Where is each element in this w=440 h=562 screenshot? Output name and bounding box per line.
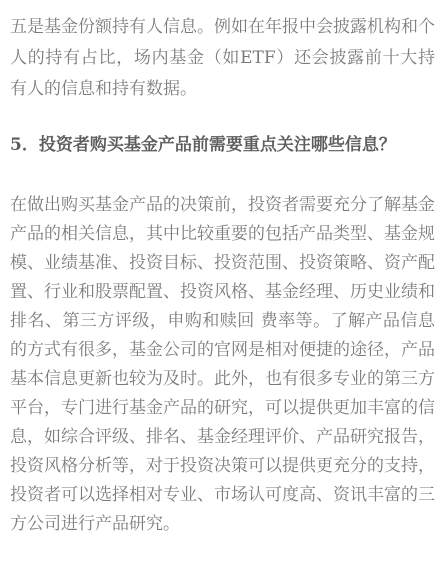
article-page: 五是基金份额持有人信息。例如在年报中会披露机构和个人的持有占比，场内基金（如ET…: [0, 0, 440, 562]
paragraph-holder-info: 五是基金份额持有人信息。例如在年报中会披露机构和个人的持有占比，场内基金（如ET…: [10, 12, 435, 105]
section-heading: 5．投资者购买基金产品前需要重点关注哪些信息？: [10, 133, 435, 157]
paragraph-key-info: 在做出购买基金产品的决策前，投资者需要充分了解基金产品的相关信息，其中比较重要的…: [10, 191, 435, 539]
